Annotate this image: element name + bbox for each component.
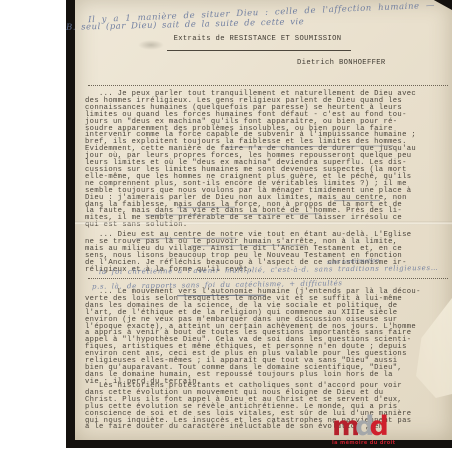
paper-sheet: Il y a 1 manière de situer Dieu : celle … xyxy=(75,0,452,440)
document-photo: Il y a 1 manière de situer Dieu : celle … xyxy=(66,0,452,448)
logo-letter-d-red: d xyxy=(369,416,388,438)
document-title: Extraits de RESISTANCE ET SOUMISSION xyxy=(155,36,360,43)
title-underline-rule xyxy=(167,50,351,51)
scan-page: Il y a 1 manière de situer Dieu : celle … xyxy=(0,0,452,452)
logo-letters: m d d xyxy=(332,416,418,438)
memoire-du-droit-logo: m d d la mémoire du droit xyxy=(332,416,418,446)
dotted-separator-top xyxy=(88,85,448,86)
paper-tear-right-edge xyxy=(416,298,452,398)
dotted-separator-mid xyxy=(88,278,448,279)
paragraph-1: ... Je peux parler tout tranquillement e… xyxy=(85,91,416,229)
author-name: Dietrich BONHOEFFER xyxy=(297,60,386,67)
logo-tagline: la mémoire du droit xyxy=(332,440,418,446)
paragraph-3: ... Le mouvement vers l'autonomie humain… xyxy=(85,289,421,386)
paper-fold-crease xyxy=(75,221,452,225)
